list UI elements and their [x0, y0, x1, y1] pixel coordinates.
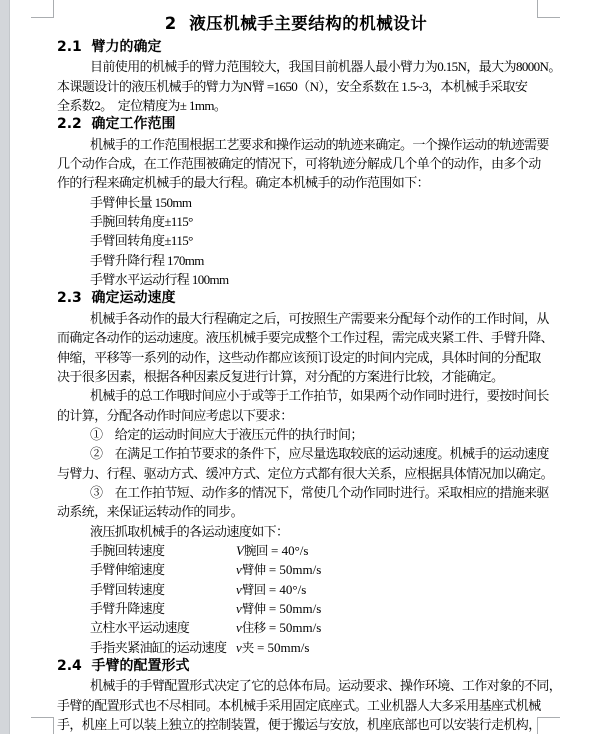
speed-row: 手臂升降速度v臂伸 = 50mm/s — [57, 599, 535, 618]
text-line: 机械手的工作范围根据工艺要求和操作运动的轨迹来确定。一个操作运动的轨迹需要 — [57, 135, 535, 154]
speed-formula: v住移 = 50mm/s — [236, 618, 321, 637]
numbered-item-2: ② 在满足工作拍节要求的条件下，应尽量选取较底的运动速度。机械手的运动速度 — [57, 444, 535, 463]
text-line: 决于很多因素，根据各种因素反复进行计算，对分配的方案进行比较，才能确定。 — [57, 367, 535, 386]
spec-list-item: 手臂回转角度±115° — [57, 231, 535, 250]
speed-formula: v夹 = 50mm/s — [236, 638, 309, 657]
document-title: 2 液压机械手主要结构的机械设计 — [57, 10, 535, 38]
formula-subscript: 臂伸 — [242, 563, 266, 577]
formula-variable: V — [236, 543, 244, 558]
section-heading-2-3: 2.3 确定运动速度 — [57, 289, 535, 308]
section-heading-2-1: 2.1 臂力的确定 — [57, 38, 535, 57]
speed-row: 立柱水平运动速度v住移 = 50mm/s — [57, 618, 535, 637]
text-line: 本课题设计的液压机械手的臂力为N臂 =1650（N），安全系数在 1.5~3，本… — [57, 77, 535, 96]
text-line: 动系统，来保证运转动作的同步。 — [57, 502, 535, 521]
formula-value: = 50mm/s — [269, 601, 321, 616]
app-background-edge — [0, 0, 10, 734]
formula-value: = 40°/s — [271, 543, 308, 558]
text-line: 的计算，分配各动作时间应考虑以下要求： — [57, 406, 535, 425]
formula-value: = 50mm/s — [257, 640, 309, 655]
section-heading-2-2: 2.2 确定工作范围 — [57, 115, 535, 134]
text-line: 目前使用的机械手的臂力范围较大，我国目前机器人最小臂力为0.15N，最大为800… — [57, 57, 535, 76]
formula-subscript: 住移 — [242, 621, 266, 635]
text-line: 机械手各动作的最大行程确定之后，可按照生产需要来分配每个动作的工作时间，从 — [57, 309, 535, 328]
formula-subscript: 夹 — [242, 641, 254, 655]
spec-list-item: 手臂升降行程 170mm — [57, 251, 535, 270]
formula-subscript: 臂回 — [242, 583, 266, 597]
numbered-item-3: ③ 在工作拍节短、动作多的情况下，常使几个动作同时进行。采取相应的措施来驱 — [57, 483, 535, 502]
document-body: 2 液压机械手主要结构的机械设计 2.1 臂力的确定 目前使用的机械手的臂力范围… — [57, 10, 535, 734]
spec-list-item: 手腕回转角度±115° — [57, 212, 535, 231]
speed-formula: V腕回 = 40°/s — [236, 541, 308, 560]
speed-label: 手指夹紧油缸的运动速度 — [90, 638, 236, 657]
formula-value: = 50mm/s — [269, 562, 321, 577]
text-line: 手，机座上可以装上独立的控制装置，便于搬运与安放，机座底部也可以安装行走机构， — [57, 715, 535, 734]
text-line: 全系数2。 定位精度为± 1mm。 — [57, 96, 535, 115]
text-line: 机械手的手臂配置形式决定了它的总体布局。运动要求、操作环境、工作对象的不同， — [57, 676, 535, 695]
text-line: 几个动作合成，在工作范围被确定的情况下，可将轨迹分解成几个单个的动作，由多个动 — [57, 154, 535, 173]
speed-formula: v臂回 = 40°/s — [236, 580, 306, 599]
section-heading-2-4: 2.4 手臂的配置形式 — [57, 657, 535, 676]
formula-subscript: 腕回 — [244, 544, 268, 558]
formula-value: = 50mm/s — [269, 620, 321, 635]
speed-row: 手指夹紧油缸的运动速度v夹 = 50mm/s — [57, 638, 535, 657]
text-line: 伸缩，平移等一系列的动作，这些动作都应该预订设定的时间内完成，具体时间的分配取 — [57, 348, 535, 367]
text-boundary-mark-bottom-left — [31, 717, 54, 734]
text-line: 而确定各动作的运动速度。液压机械手要完成整个工作过程，需完成夹紧工件、手臂升降、 — [57, 328, 535, 347]
text-line: 作的行程来确定机械手的最大行程。确定本机械手的动作范围如下： — [57, 173, 535, 192]
speed-label: 手臂伸缩速度 — [90, 560, 236, 579]
spec-list-item: 手臂伸长量 150mm — [57, 193, 535, 212]
speed-label: 手臂升降速度 — [90, 599, 236, 618]
speed-row: 手腕回转速度V腕回 = 40°/s — [57, 541, 535, 560]
text-boundary-mark-top-left — [31, 0, 54, 18]
speed-label: 手腕回转速度 — [90, 541, 236, 560]
speed-row: 手臂伸缩速度v臂伸 = 50mm/s — [57, 560, 535, 579]
speed-formula: v臂伸 = 50mm/s — [236, 599, 321, 618]
speed-formula: v臂伸 = 50mm/s — [236, 560, 321, 579]
text-line: 手臂的配置形式也不尽相同。本机械手采用固定底座式。工业机器人大多采用基座式机械 — [57, 696, 535, 715]
text-line: 机械手的总工作哦时间应小于或等于工作拍节，如果两个动作同时进行，要按时间长 — [57, 386, 535, 405]
text-boundary-mark-top-right — [537, 0, 560, 18]
text-line: 与臂力、行程、驱动方式、缓冲方式、定位方式都有很大关系，应根据具体情况加以确定。 — [57, 464, 535, 483]
spec-list-item: 手臂水平运动行程 100mm — [57, 270, 535, 289]
numbered-item-1: ① 给定的运动时间应大于液压元件的执行时间； — [57, 425, 535, 444]
speed-row: 手臂回转速度v臂回 = 40°/s — [57, 580, 535, 599]
speed-list-intro: 液压抓取机械手的各运动速度如下： — [57, 522, 535, 541]
speed-label: 手臂回转速度 — [90, 580, 236, 599]
word-document-page: 2 液压机械手主要结构的机械设计 2.1 臂力的确定 目前使用的机械手的臂力范围… — [0, 0, 591, 734]
formula-value: = 40°/s — [269, 582, 306, 597]
speed-label: 立柱水平运动速度 — [90, 618, 236, 637]
formula-subscript: 臂伸 — [242, 602, 266, 616]
